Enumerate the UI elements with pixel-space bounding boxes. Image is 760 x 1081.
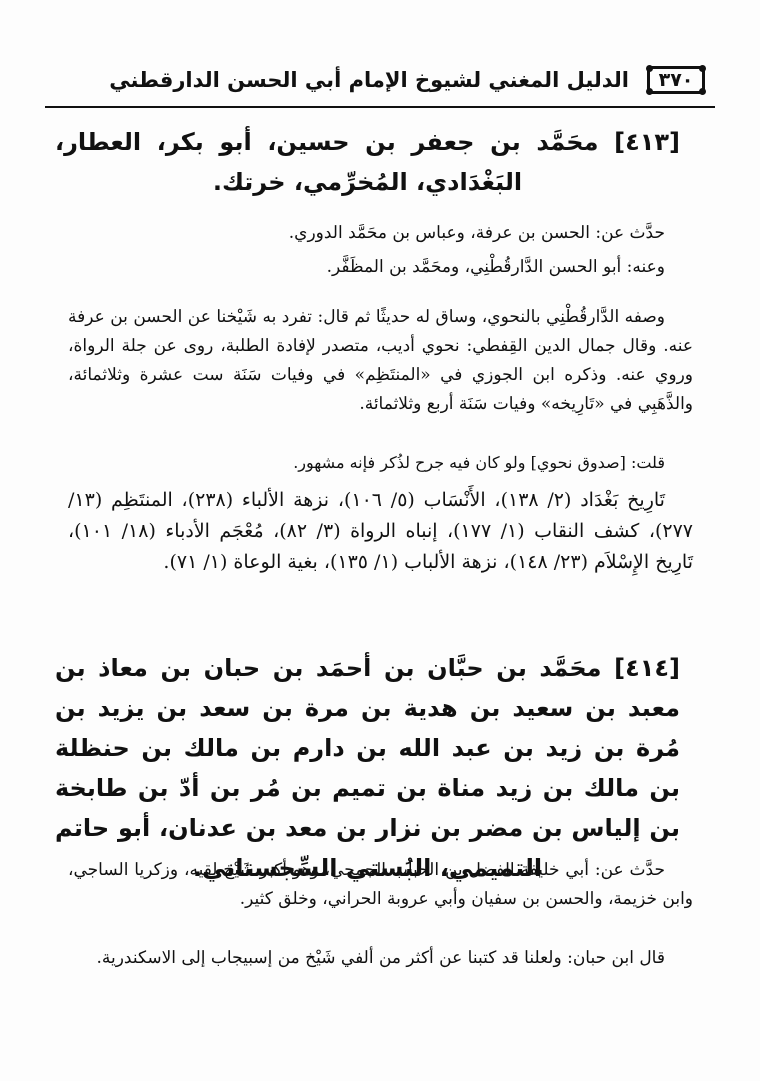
entry-414-quote: قال ابن حبان: ولعلنا قد كتبنا عن أكثر من… (68, 944, 693, 973)
page-number: ٣٧٠ (659, 71, 694, 90)
entry-414-heading: [٤١٤] محَمَّد بن حبَّان بن أحمَد بن حبان… (55, 648, 680, 888)
entry-413-heading: [٤١٣] محَمَّد بن جعفر بن حسين، أبو بكر، … (55, 122, 680, 202)
entry-413-sources: تَارِيخ بَغْدَاد (٢/ ١٣٨)، الأَنْسَاب (٥… (68, 485, 693, 578)
page-number-box: ٣٧٠ (647, 66, 705, 94)
box-corner-ornament (646, 65, 653, 72)
entry-number: [٤١٤] (614, 654, 680, 682)
entry-title: محَمَّد بن حبَّان بن أحمَد بن حبان بن مع… (55, 654, 680, 882)
entry-title: محَمَّد بن جعفر بن حسين، أبو بكر، العطار… (55, 128, 598, 196)
running-header: ٣٧٠ الدليل المغني لشيوخ الإمام أبي الحسن… (45, 66, 715, 108)
entry-413-narrated-by: وعنه: أبو الحسن الدَّارقُطْنِي، ومحَمَّد… (140, 253, 693, 282)
entry-413-narrated-from: حدَّث عن: الحسن بن عرفة، وعباس بن محَمَّ… (140, 219, 693, 248)
running-title: الدليل المغني لشيوخ الإمام أبي الحسن الد… (109, 66, 629, 94)
header-divider (45, 106, 715, 108)
box-corner-ornament (699, 88, 706, 95)
book-page: ٣٧٠ الدليل المغني لشيوخ الإمام أبي الحسن… (0, 0, 760, 1081)
entry-414-narrated-from: حدَّث عن: أبي خليفة الفضل بن الحباب الجم… (68, 856, 693, 914)
entry-number: [٤١٣] (614, 128, 680, 156)
entry-413-biography: وصفه الدَّارقُطْنِي بالنحوي، وساق له حدي… (68, 303, 693, 419)
entry-413-verdict: قلت: [صدوق نحوي] ولو كان فيه جرح لذُكر ف… (68, 448, 693, 477)
